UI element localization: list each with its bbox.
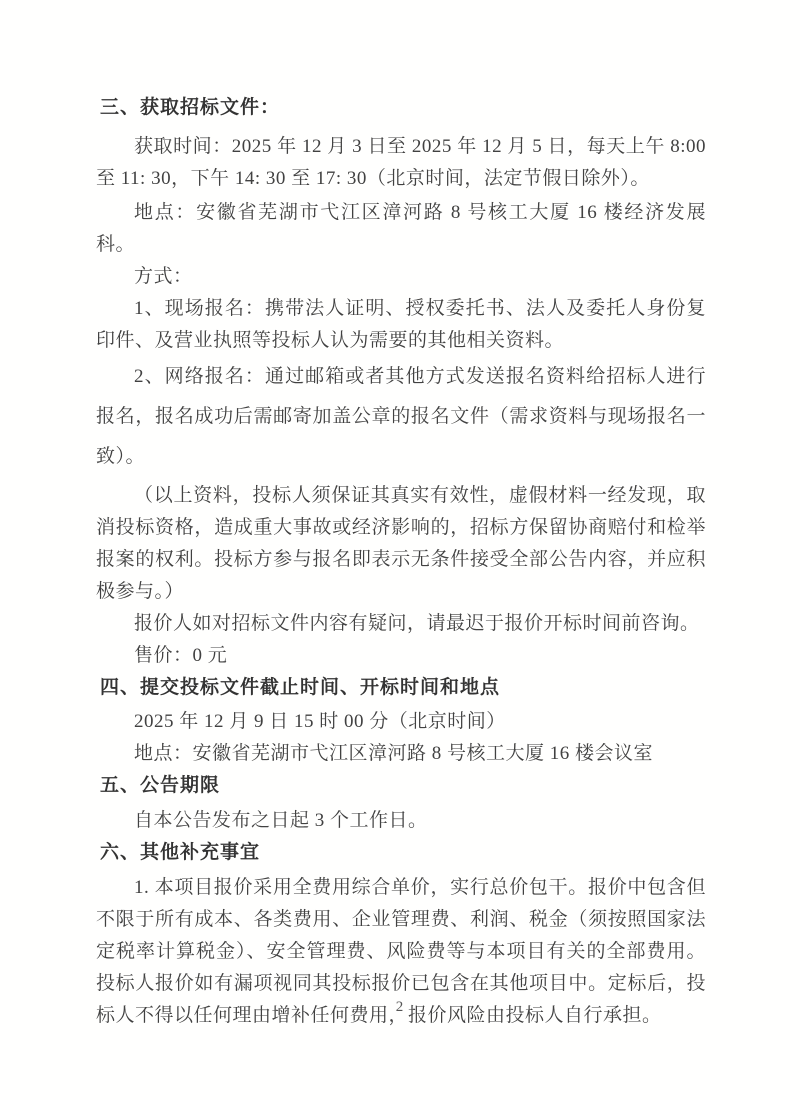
section-heading-3: 三、获取招标文件：	[96, 92, 706, 124]
document-body: 三、获取招标文件： 获取时间：2025 年 12 月 3 日至 2025 年 1…	[96, 92, 706, 1032]
para-disclaimer: （以上资料，投标人须保证其真实有效性，虚假材料一经发现，取消投标资格，造成重大事…	[96, 480, 706, 608]
para-onsite-registration: 1、现场报名：携带法人证明、授权委托书、法人及委托人身份复印件、及营业执照等投标…	[96, 293, 706, 357]
para-opening-location: 地点：安徽省芜湖市弋江区漳河路 8 号核工大厦 16 楼会议室	[96, 738, 706, 770]
section-obtain-bid-documents: 三、获取招标文件： 获取时间：2025 年 12 月 3 日至 2025 年 1…	[96, 92, 706, 672]
section-heading-5: 五、公告期限	[96, 770, 706, 802]
para-method-label: 方式：	[96, 261, 706, 293]
para-deadline-datetime: 2025 年 12 月 9 日 15 时 00 分（北京时间）	[96, 706, 706, 738]
para-obtain-location: 地点：安徽省芜湖市弋江区漳河路 8 号核工大厦 16 楼经济发展科。	[96, 197, 706, 261]
para-inquiry: 报价人如对招标文件内容有疑问，请最迟于报价开标时间前咨询。	[96, 608, 706, 640]
section-announcement-period: 五、公告期限 自本公告发布之日起 3 个工作日。	[96, 770, 706, 837]
section-heading-4: 四、提交投标文件截止时间、开标时间和地点	[96, 672, 706, 704]
para-online-registration: 2、网络报名：通过邮箱或者其他方式发送报名资料给招标人进行报名，报名成功后需邮寄…	[96, 357, 706, 477]
para-obtain-time: 获取时间：2025 年 12 月 3 日至 2025 年 12 月 5 日，每天…	[96, 131, 706, 195]
page-number: 2	[396, 999, 405, 1015]
document-page: 三、获取招标文件： 获取时间：2025 年 12 月 3 日至 2025 年 1…	[0, 0, 800, 1100]
section-submission-deadline: 四、提交投标文件截止时间、开标时间和地点 2025 年 12 月 9 日 15 …	[96, 672, 706, 770]
section-heading-6: 六、其他补充事宜	[96, 837, 706, 869]
para-announcement-period: 自本公告发布之日起 3 个工作日。	[96, 805, 706, 837]
page-footer: 2	[0, 998, 800, 1016]
para-price: 售价：0 元	[96, 640, 706, 672]
